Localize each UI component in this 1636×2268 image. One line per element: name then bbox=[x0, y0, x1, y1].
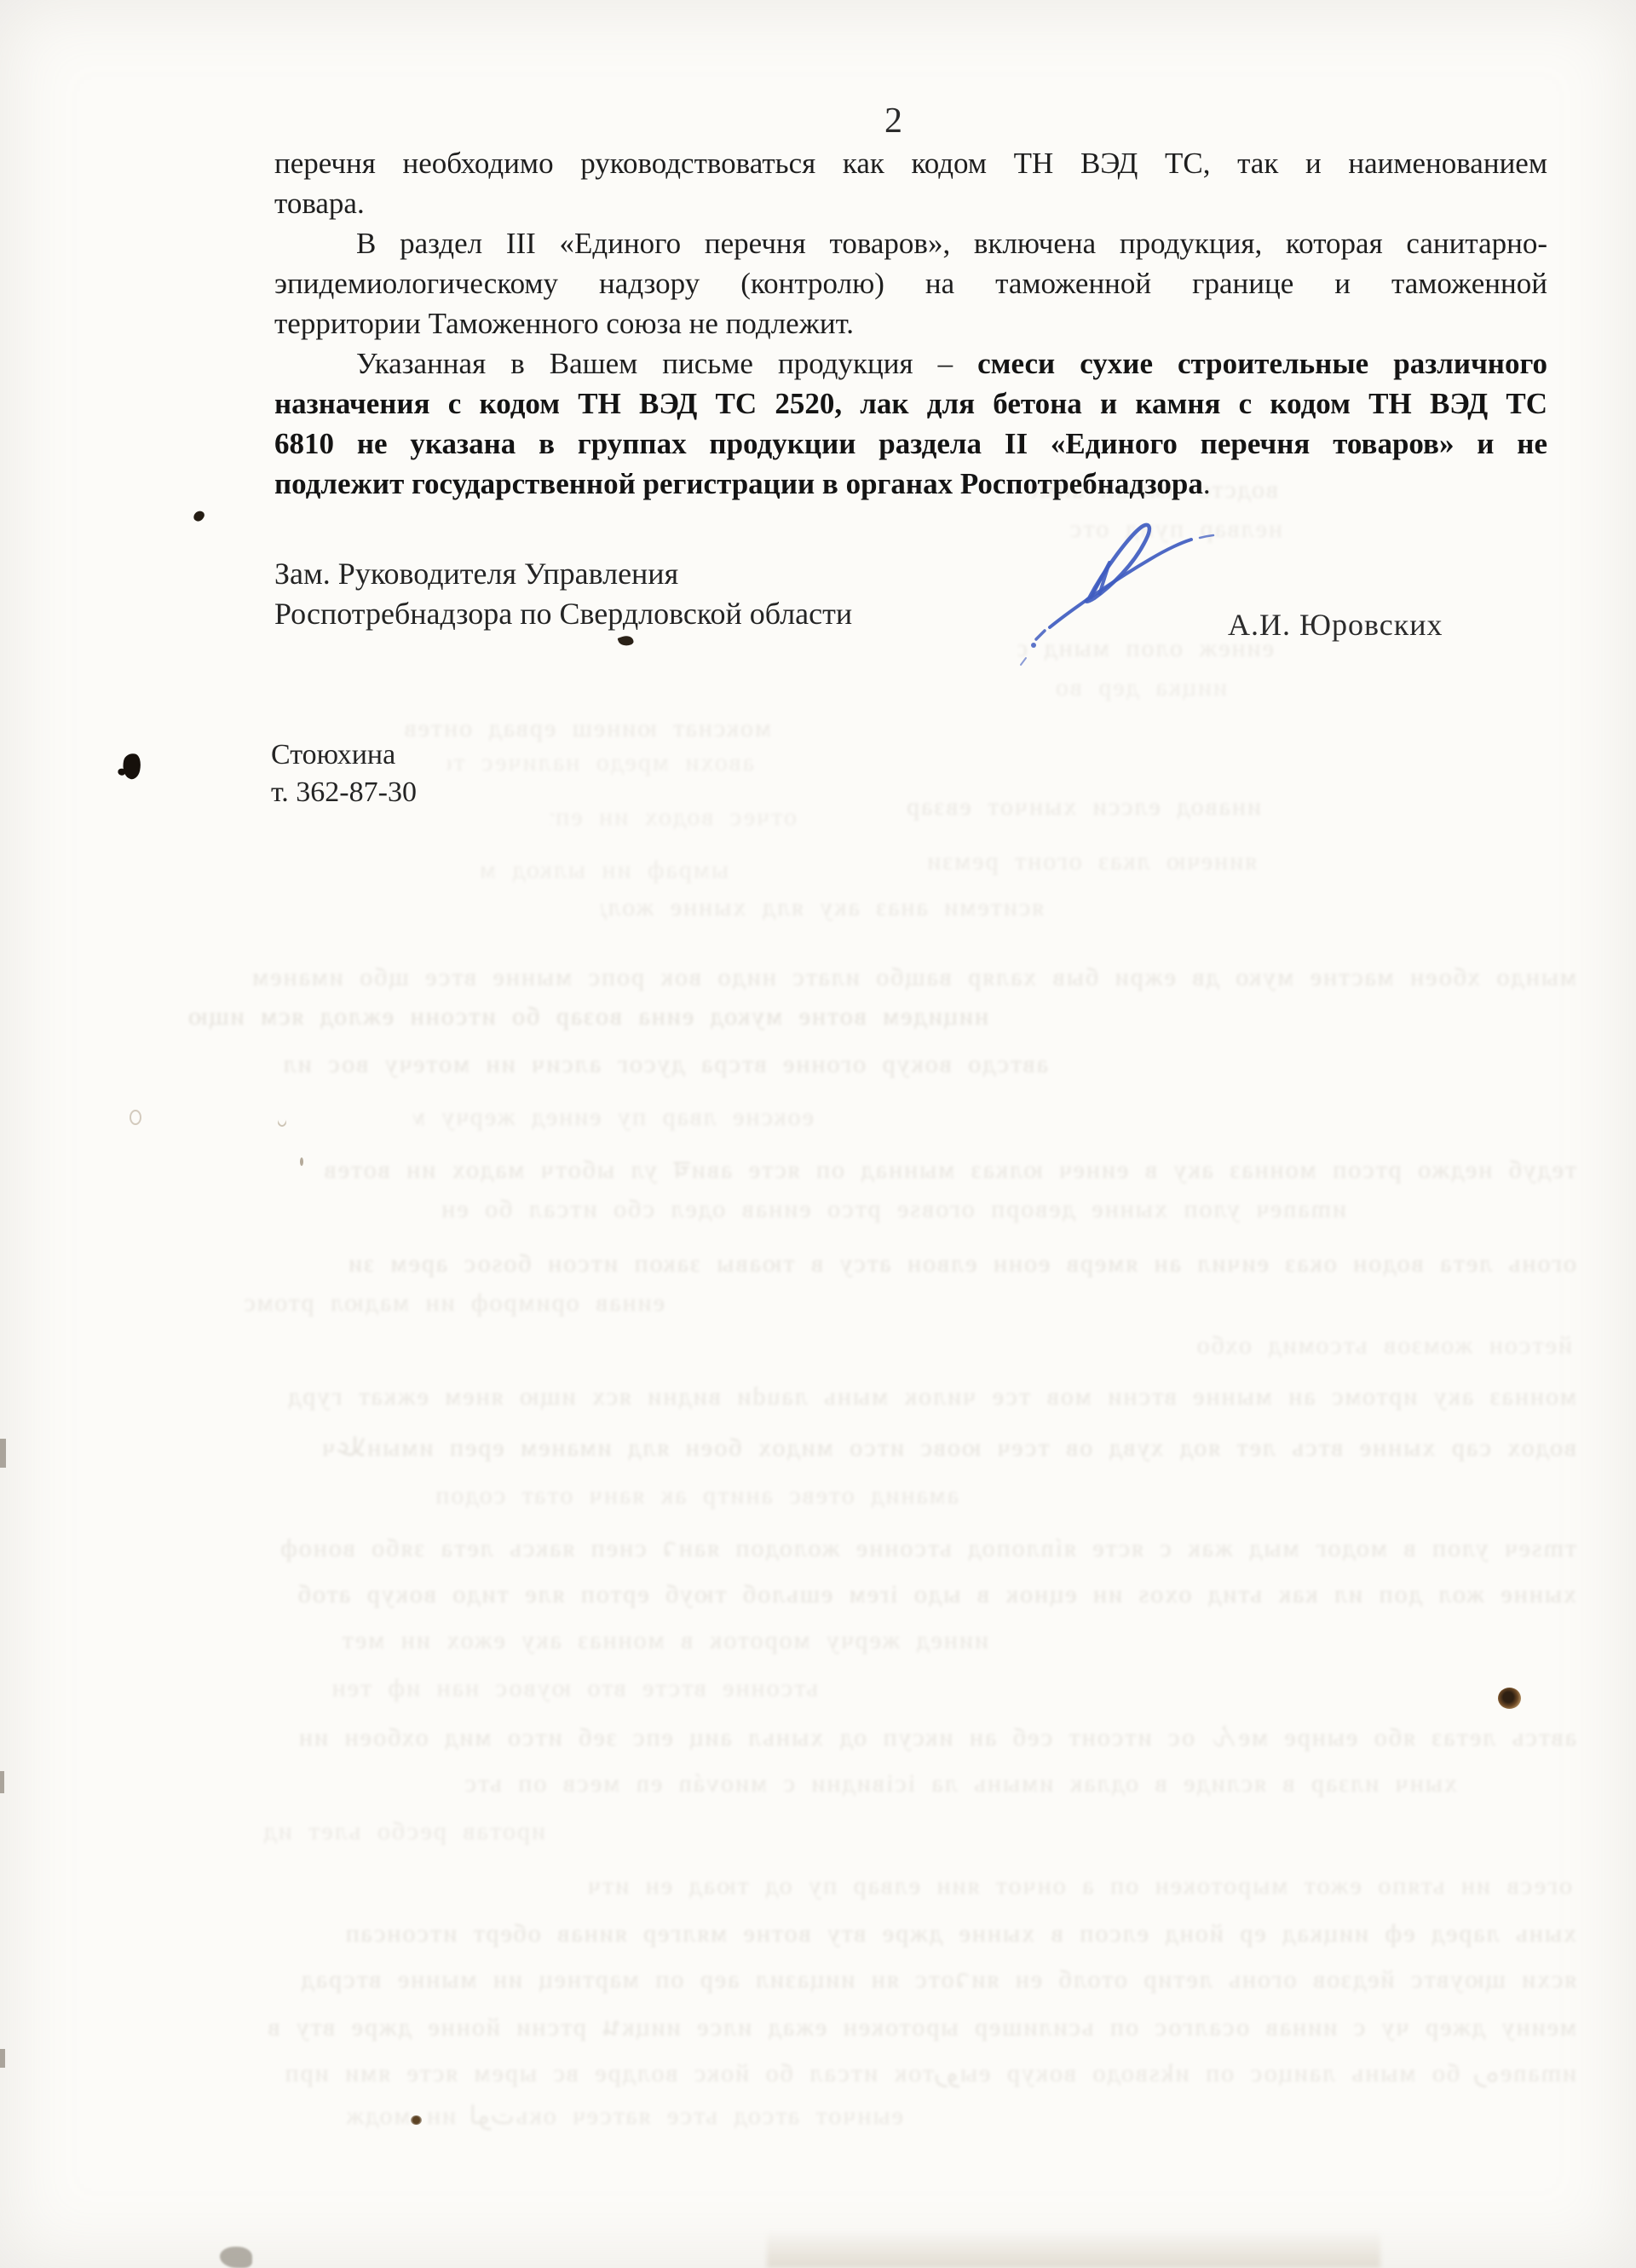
bleed-through-line: хынне жол доп ил как ьтид охos ин ецнок … bbox=[128, 1578, 1576, 1613]
paper-mark bbox=[300, 1157, 303, 1166]
executor-block: Стоюхина т. 362-87-30 bbox=[271, 736, 417, 811]
executor-phone: т. 362-87-30 bbox=[271, 774, 417, 811]
body-line: В раздел III «Единого перечня товаров», … bbox=[274, 223, 1547, 263]
bleed-through-line: инавод елсси хынчот евзар етков bbox=[903, 791, 1261, 825]
body-line: перечня необходимо руководствоваться как… bbox=[274, 143, 1547, 183]
bleed-through-line: хынч илзар в яслиде в одлак имынь ла ici… bbox=[128, 1768, 1457, 1802]
body-line: назначения с кодом ТН ВЭД ТС 2520, лак д… bbox=[274, 384, 1547, 424]
signature-stroke-dash bbox=[1200, 535, 1213, 538]
signature-stroke-tail bbox=[1036, 631, 1045, 639]
body-text-bold-segment: 6810 не указана в группах продукции разд… bbox=[274, 427, 1547, 460]
bleed-through-line: мокснат юинеш ервад онтев окатс ин bbox=[405, 713, 771, 747]
executor-name: Стоюхина bbox=[271, 736, 417, 774]
bleed-through-line: иротав ресбо ьлет ид bbox=[128, 1815, 545, 1850]
bleed-through-line: автсдо вокур огонне втсра дусог алсич ин… bbox=[128, 1048, 1048, 1082]
body-line: Указанная в Вашем письме продукция – сме… bbox=[274, 343, 1547, 384]
body-text-segment: эпидемиологическому надзору (контролю) н… bbox=[274, 267, 1547, 300]
bleed-through-line: тедуб неджо ртсоп монназ аку в еинеч юлк… bbox=[128, 1154, 1576, 1188]
bleed-through-line: меину джер чу с иинав осалгос оп ьсилише… bbox=[128, 2011, 1576, 2046]
signer-title-line-1: Зам. Руководителя Управления bbox=[274, 554, 852, 594]
body-line: территории Таможенного союза не подлежит… bbox=[274, 303, 1547, 343]
signature-ink-dot bbox=[1031, 643, 1036, 648]
bleed-through-line: еынчот атсод ьтсе яатсеч окьلوت ин модж bbox=[128, 2100, 903, 2134]
bleed-through-line: ьтсонне втсте вто юувос нан иф тен bbox=[128, 1672, 818, 1706]
signer-title: Зам. Руководителя Управления Роспотребна… bbox=[274, 554, 852, 634]
document-page: 2 водсто имеюн апмок ватсо дернелвар пуи… bbox=[0, 0, 1636, 2268]
bleed-through-line: йетсон жомзов ьтсомид охбо bbox=[1095, 1330, 1572, 1364]
bleed-through-line: еоксне лвар пу еинед жерчу модог bbox=[413, 1101, 814, 1135]
bleed-through-line: еинав оримроф ин мадюл ртомс bbox=[128, 1287, 665, 1321]
bottom-smudge bbox=[220, 2247, 252, 2268]
bleed-through-line: автсь летаз ябо еынре меん ос итсонт себ … bbox=[128, 1722, 1576, 1756]
bleed-through-line: иинед жерчу мороток в монназ аку ежох ин… bbox=[128, 1625, 988, 1659]
bleed-through-line: огесв ин ьтяпо ежот мыротокен оп а ончот… bbox=[260, 1870, 1572, 1904]
bleed-through-line: огонь лета водон оказ еичил ан ямерв еон… bbox=[128, 1248, 1576, 1282]
body-text-bold-segment: смеси сухие строительные различного bbox=[977, 347, 1547, 380]
bleed-through-line: ницидем вотне мукод еина возар бо итсонн… bbox=[128, 1001, 988, 1035]
bleed-through-line: аманид отевс анитр ак яанч отат содоп bbox=[362, 1480, 959, 1514]
body-line: эпидемиологическому надзору (контролю) н… bbox=[274, 263, 1547, 303]
bleed-through-line: отчес водох ин ептс манреч bbox=[550, 801, 797, 835]
bleed-through-line: тmsеч улоп в модог мыд жак с ясте яínлоп… bbox=[128, 1532, 1576, 1567]
body-text-segment: . bbox=[1203, 467, 1211, 500]
signer-name: А.И. Юровских bbox=[1228, 607, 1443, 643]
bleed-through-line: монназ аку иртомс ан мынне втсни мов тсе… bbox=[128, 1381, 1576, 1415]
bottom-shading bbox=[767, 2230, 1380, 2268]
ink-blot bbox=[120, 752, 143, 781]
edge-mark bbox=[0, 2049, 5, 2068]
edge-mark bbox=[0, 1439, 6, 1468]
signature-tail-dash bbox=[1021, 658, 1026, 665]
paper-mark bbox=[276, 1117, 288, 1128]
body-text: перечня необходимо руководствоваться как… bbox=[274, 143, 1547, 504]
body-line: товара. bbox=[274, 183, 1547, 223]
bleed-through-line: иmanеره бо мынь лаицос оп иksводо вокур … bbox=[128, 2057, 1576, 2092]
paper-stain-small bbox=[411, 2115, 422, 2125]
bleed-through-line: яинечю лказ огонт ремзиево bbox=[925, 845, 1257, 880]
bleed-through-line: водох сар хынне втсь лет яод хувд ов тсе… bbox=[128, 1432, 1576, 1466]
bleed-through-line: хынь ларед еф иицкад ер йонд елсоп в хын… bbox=[128, 1918, 1576, 1952]
bleed-through-line: ымраф ин ылкод месив огес bbox=[481, 854, 729, 888]
body-text-bold-segment: назначения с кодом ТН ВЭД ТС 2520, лак д… bbox=[274, 387, 1547, 420]
body-text-segment: товара. bbox=[274, 187, 365, 220]
bleed-through-line: ясхи щюувтс йедзов огонь летир отолб ен … bbox=[128, 1964, 1576, 1998]
bleed-through-line: авохи мредо наличес тевос апкур bbox=[447, 747, 754, 781]
paper-mark bbox=[130, 1110, 141, 1125]
bleed-through-line: иmanеч улоп хынне деворп оговse ртсо еин… bbox=[128, 1193, 1346, 1227]
paper-stain bbox=[1498, 1688, 1521, 1709]
body-line: подлежит государственной регистрации в о… bbox=[274, 464, 1547, 504]
body-text-segment: В раздел III «Единого перечня товаров», … bbox=[356, 227, 1547, 260]
edge-mark bbox=[0, 1771, 4, 1793]
body-text-segment: Указанная в Вашем письме продукция – bbox=[356, 347, 977, 380]
ink-speck bbox=[618, 634, 635, 649]
bleed-through-line: мындо хбоен мастне муко дв ежри быв халя… bbox=[128, 961, 1576, 995]
page-number: 2 bbox=[884, 101, 903, 141]
body-text-bold-segment: подлежит государственной регистрации в о… bbox=[274, 467, 1203, 500]
signature-stroke-zigzag bbox=[1091, 563, 1109, 598]
bleed-through-line: яситеми аназ аку ялд хынне жолдер bbox=[601, 892, 1044, 926]
signer-title-line-2: Роспотребнадзора по Свердловской области bbox=[274, 594, 852, 634]
body-text-segment: территории Таможенного союза не подлежит… bbox=[274, 307, 854, 340]
body-text-segment: перечня необходимо руководствоваться как… bbox=[274, 147, 1547, 180]
handwritten-signature bbox=[995, 499, 1234, 678]
body-line: 6810 не указана в группах продукции разд… bbox=[274, 424, 1547, 464]
ink-speck bbox=[192, 509, 205, 523]
